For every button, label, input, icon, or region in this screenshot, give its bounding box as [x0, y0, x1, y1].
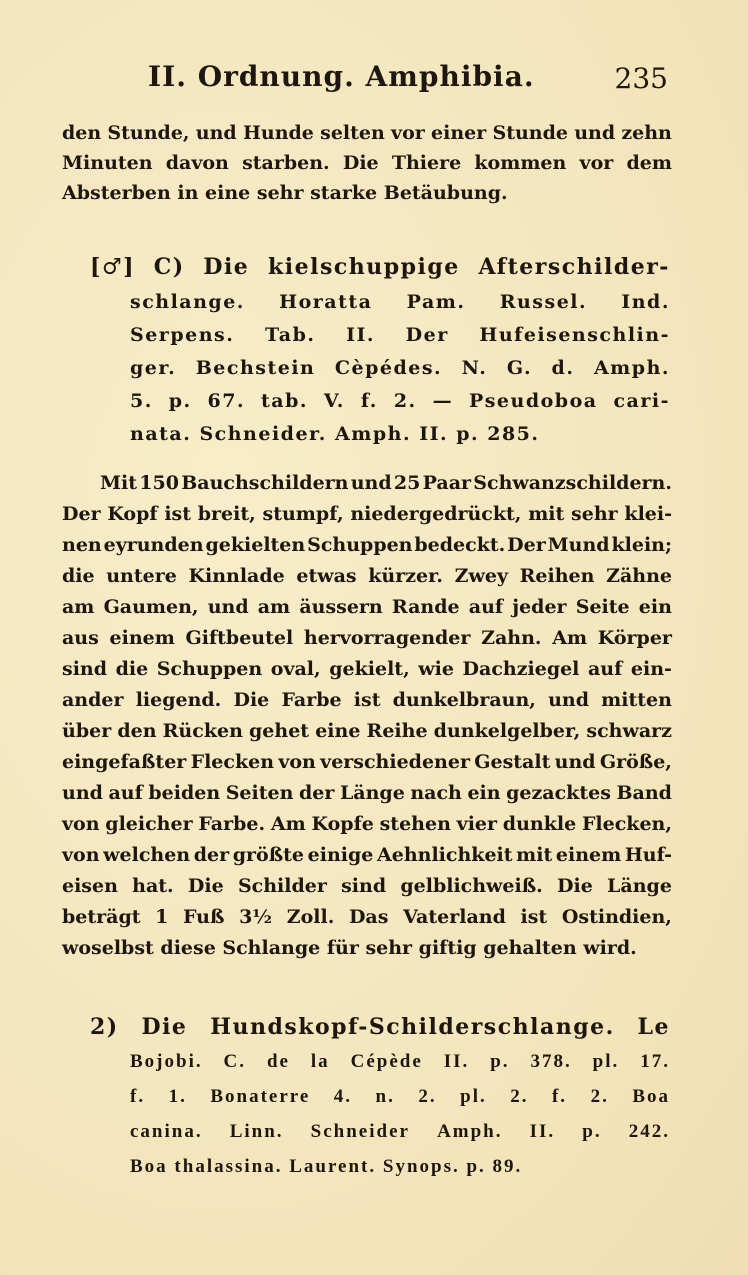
text-line: undaufbeidenSeitenderLängenacheingezackt… [62, 778, 672, 808]
text-line: amGaumen,undamäussernRandeaufjederSeitee… [62, 592, 672, 622]
text-line: beträgt1Fuß3½Zoll.DasVaterlandistOstindi… [62, 902, 672, 932]
reference-line: Bojobi.C.delaCépèdeII.p.378.pl.17. [130, 1047, 670, 1077]
text-line: Minutendavonstarben.DieThierekommenvorde… [62, 148, 672, 178]
text-line: dieuntereKinnladeetwaskürzer.ZweyReihenZ… [62, 561, 672, 591]
text-line: auseinemGiftbeutelhervorragenderZahn.AmK… [62, 623, 672, 653]
reference-line: Serpens.Tab.II.DerHufeisenschlin- [130, 320, 670, 350]
text-line: denStunde,undHundeseltenvoreinerStundeun… [62, 118, 672, 148]
text-line: DerKopfistbreit,stumpf,niedergedrückt,mi… [62, 499, 672, 529]
text-line: vongleicherFarbe.AmKopfestehenvierdunkle… [62, 809, 672, 839]
text-line: eingefaßterFleckenvonverschiedenerGestal… [62, 747, 672, 777]
section-heading: [♂]C)DiekielschuppigeAfterschilder- [90, 252, 670, 282]
text-line: Mit150Bauchschildernund25PaarSchwanzschi… [100, 468, 672, 498]
reference-line: schlange.HorattaPam.Russel.Ind. [130, 287, 670, 317]
page-number: 235 [615, 62, 668, 95]
running-header: II. Ordnung. Amphibia. 235 [148, 60, 668, 100]
reference-line: canina.Linn.SchneiderAmph.II.p.242. [130, 1117, 670, 1147]
text-line: eisenhat.DieSchildersindgelblichweiß.Die… [62, 871, 672, 901]
text-line: Absterben in eine sehr starke Betäubung. [62, 178, 672, 208]
reference-line: ger.BechsteinCèpédes.N.G.d.Amph. [130, 353, 670, 383]
reference-line: 5.p.67.tab.V.f.2.—Pseudoboacari- [130, 386, 670, 416]
text-line: sinddieSchuppenoval,gekielt,wieDachziege… [62, 654, 672, 684]
text-line: neneyrundengekieltenSchuppenbedeckt.DerM… [62, 530, 672, 560]
text-line: anderliegend.DieFarbeistdunkelbraun,undm… [62, 685, 672, 715]
text-line: überdenRückengeheteineReihedunkelgelber,… [62, 716, 672, 746]
text-line: vonwelchendergrößteeinigeAehnlichkeitmit… [62, 840, 672, 870]
header-title: II. Ordnung. Amphibia. [148, 60, 535, 93]
reference-line: nata. Schneider. Amph. II. p. 285. [130, 419, 670, 449]
book-page: II. Ordnung. Amphibia. 235 denStunde,und… [0, 0, 748, 1275]
section-heading: 2)DieHundskopf-Schilderschlange.Le [90, 1012, 670, 1042]
reference-line: f.1.Bonaterre4.n.2.pl.2.f.2.Boa [130, 1082, 670, 1112]
text-line: woselbst diese Schlange für sehr giftig … [62, 933, 672, 963]
reference-line: Boa thalassina. Laurent. Synops. p. 89. [130, 1152, 670, 1182]
